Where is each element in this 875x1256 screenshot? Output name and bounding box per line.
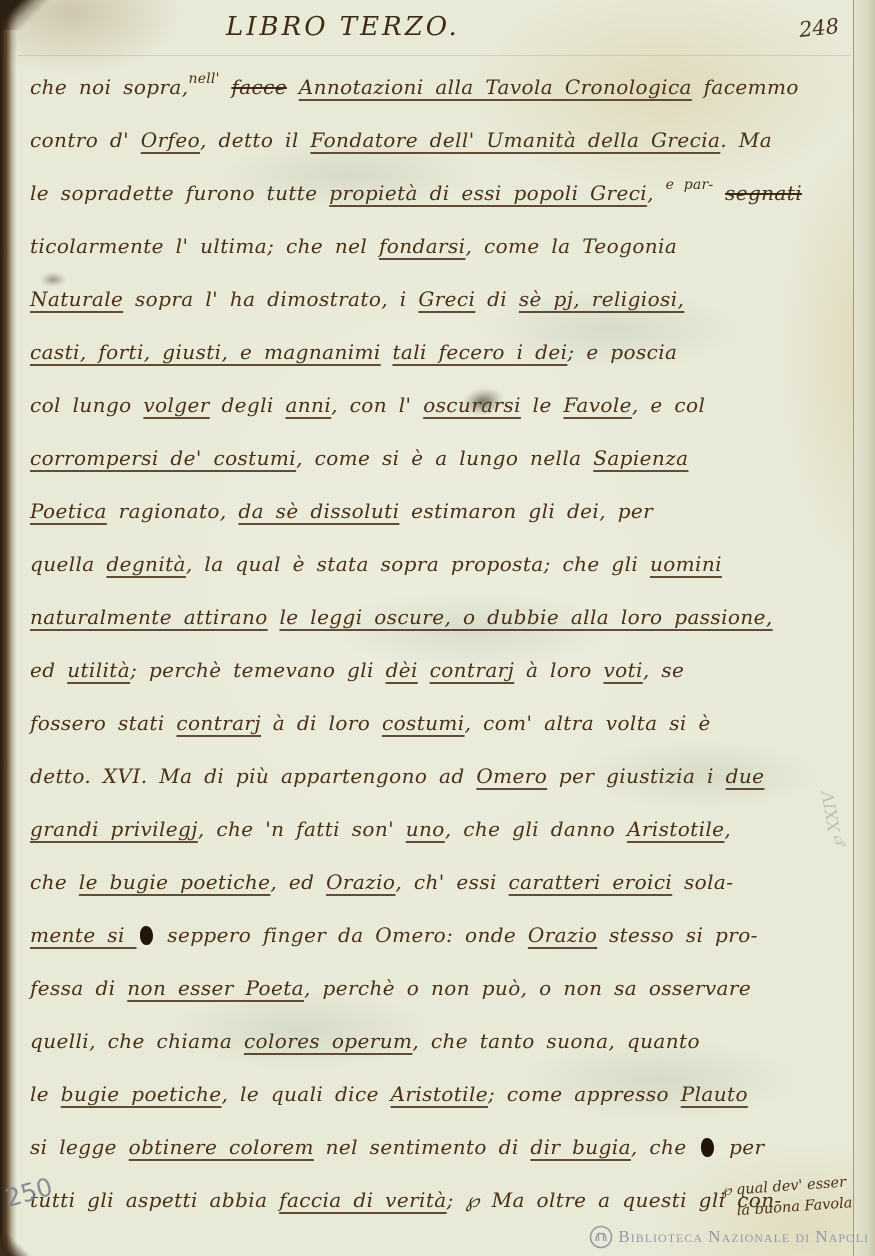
- manuscript-text-segment: le: [521, 393, 564, 417]
- manuscript-text-segment: seppero finger da Omero: onde: [156, 923, 528, 947]
- manuscript-text-segment: per giustizia i: [547, 764, 725, 788]
- binding-corner-top-left: [0, 0, 52, 30]
- manuscript-text-segment: le leggi oscure, o dubbie alla loro pass…: [279, 605, 772, 629]
- manuscript-text-segment: mente si: [30, 923, 137, 947]
- manuscript-text-segment: sè pj, religiosi,: [519, 287, 684, 311]
- manuscript-text-segment: Annotazioni alla Tavola Cronologica: [299, 75, 692, 99]
- manuscript-text-segment: , come si è a lungo nella: [296, 446, 593, 470]
- manuscript-line: Poetica ragionato, da sè dissoluti estim…: [30, 488, 821, 541]
- manuscript-text-segment: , le quali dice: [222, 1082, 391, 1106]
- manuscript-line: grandi privilegj, che 'n fatti son' uno,…: [30, 806, 821, 859]
- page-edge-right: [853, 0, 875, 1256]
- library-logo-icon: [589, 1225, 613, 1249]
- manuscript-line: le bugie poetiche, le quali dice Aristot…: [30, 1071, 821, 1124]
- manuscript-text-segment: dèi: [386, 658, 418, 682]
- manuscript-line: quella degnità, la qual è stata sopra pr…: [30, 541, 821, 594]
- manuscript-line: che noi sopra,nell' facce Annotazioni al…: [30, 64, 821, 117]
- manuscript-line: le sopradette furono tutte propietà di e…: [30, 170, 821, 223]
- manuscript-text-segment: [268, 605, 280, 629]
- manuscript-text-segment: Orazio: [528, 923, 597, 947]
- manuscript-text-segment: grandi privilegj: [30, 817, 198, 841]
- manuscript-text-segment: tutti gli aspetti abbia: [30, 1188, 279, 1212]
- manuscript-text-segment: propietà di essi popoli Greci: [329, 181, 647, 205]
- manuscript-text-segment: detto. XVI. Ma di più appartengono ad: [30, 764, 476, 788]
- manuscript-text-segment: faccia di verità: [279, 1188, 446, 1212]
- manuscript-text-segment: degli: [210, 393, 286, 417]
- manuscript-text-segment: , com' altra volta si è: [465, 711, 711, 735]
- paper-crease: [18, 55, 851, 56]
- manuscript-text-segment: uomini: [650, 552, 722, 576]
- manuscript-text-segment: ; come appresso: [488, 1082, 681, 1106]
- manuscript-text-segment: e par-: [666, 177, 714, 193]
- manuscript-text-segment: degnità: [106, 552, 185, 576]
- manuscript-text-segment: , con l': [331, 393, 423, 417]
- manuscript-text-segment: non esser Poeta: [127, 976, 304, 1000]
- manuscript-text-segment: [381, 340, 393, 364]
- manuscript-text-segment: , che gli danno: [445, 817, 627, 841]
- manuscript-page: LIBRO TERZO. 248 che noi sopra,nell' fac…: [0, 0, 875, 1256]
- binding-corner-bottom-left: [0, 1234, 30, 1256]
- manuscript-text-segment: naturalmente attirano: [30, 605, 268, 629]
- manuscript-text-segment: , che tanto suona, quanto: [412, 1029, 700, 1053]
- manuscript-line: ed utilità; perchè temevano gli dèi cont…: [30, 647, 821, 700]
- manuscript-text-segment: stesso si pro-: [597, 923, 758, 947]
- manuscript-text-segment: che: [30, 870, 79, 894]
- manuscript-text-segment: , detto il: [200, 128, 310, 152]
- manuscript-text-segment: da sè dissoluti: [238, 499, 399, 523]
- manuscript-line: tutti gli aspetti abbia faccia di verità…: [30, 1177, 821, 1230]
- manuscript-line: corrompersi de' costumi, come si è a lun…: [30, 435, 821, 488]
- manuscript-line: col lungo volger degli anni, con l' oscu…: [30, 382, 821, 435]
- margin-note: ℘ qual dev' esser la buona Favola: [721, 1171, 874, 1223]
- chapter-title: LIBRO TERZO.: [226, 12, 460, 42]
- manuscript-text-segment: Aristotile: [391, 1082, 488, 1106]
- manuscript-text-segment: [418, 658, 430, 682]
- manuscript-text-segment: fondarsi: [379, 234, 465, 258]
- manuscript-text-segment: à di loro: [261, 711, 382, 735]
- manuscript-text-segment: facce: [231, 75, 287, 99]
- manuscript-line: quelli, che chiama colores operum, che t…: [30, 1018, 821, 1071]
- manuscript-text-segment: ; e poscia: [567, 340, 677, 364]
- manuscript-line: ticolarmente l' ultima; che nel fondarsi…: [30, 223, 821, 276]
- manuscript-text-segment: , che: [631, 1135, 698, 1159]
- manuscript-text-segment: fessa di: [30, 976, 127, 1000]
- manuscript-text-segment: , se: [643, 658, 684, 682]
- manuscript-text-segment: dir bugia: [530, 1135, 631, 1159]
- manuscript-text-segment: . Ma: [720, 128, 772, 152]
- manuscript-text-segment: Orazio: [326, 870, 395, 894]
- margin-note-mark: ℘: [721, 1183, 732, 1200]
- manuscript-text-segment: ; perchè temevano gli: [130, 658, 386, 682]
- manuscript-text-segment: Favole: [563, 393, 631, 417]
- manuscript-text-segment: Poetica: [30, 499, 107, 523]
- manuscript-text-segment: , ch' essi: [395, 870, 508, 894]
- manuscript-text-segment: ,: [724, 817, 731, 841]
- manuscript-line: Naturale sopra l' ha dimostrato, i Greci…: [30, 276, 821, 329]
- manuscript-text-segment: , ed: [270, 870, 326, 894]
- manuscript-text-segment: Aristotile: [627, 817, 724, 841]
- manuscript-text-segment: utilità: [67, 658, 130, 682]
- manuscript-text-segment: , perchè o non può, o non sa osservare: [304, 976, 751, 1000]
- library-watermark: Biblioteca Nazionale di Napoli: [589, 1225, 869, 1249]
- manuscript-text-segment: contrarj: [176, 711, 261, 735]
- manuscript-line: mente si seppero finger da Omero: onde O…: [30, 912, 821, 965]
- manuscript-line: che le bugie poetiche, ed Orazio, ch' es…: [30, 859, 821, 912]
- manuscript-line: fessa di non esser Poeta, perchè o non p…: [30, 965, 821, 1018]
- manuscript-text-segment: corrompersi de' costumi: [30, 446, 296, 470]
- manuscript-text-segment: due: [726, 764, 765, 788]
- manuscript-text-segment: ,: [647, 181, 666, 205]
- manuscript-text-segment: Plauto: [681, 1082, 748, 1106]
- manuscript-text-segment: volger: [143, 393, 209, 417]
- manuscript-text-segment: , e col: [632, 393, 705, 417]
- page-number: 248: [798, 14, 840, 42]
- manuscript-text-segment: Omero: [476, 764, 547, 788]
- manuscript-text-segment: le sopradette furono tutte: [30, 181, 329, 205]
- manuscript-text-segment: le bugie poetiche: [79, 870, 271, 894]
- manuscript-text-segment: [220, 75, 232, 99]
- manuscript-text-segment: facemmo: [692, 75, 799, 99]
- manuscript-text-segment: quelli, che chiama: [30, 1029, 244, 1053]
- showthrough-mark: ℘ XXIV: [818, 790, 847, 849]
- manuscript-text-segment: colores operum: [244, 1029, 412, 1053]
- manuscript-text-segment: ed: [30, 658, 67, 682]
- manuscript-text-segment: obtinere colorem: [129, 1135, 314, 1159]
- manuscript-text-segment: tali fecero i dei: [392, 340, 567, 364]
- manuscript-text-segment: sola-: [672, 870, 733, 894]
- library-watermark-text: Biblioteca Nazionale di Napoli: [618, 1227, 869, 1247]
- manuscript-text-segment: Greci: [418, 287, 475, 311]
- manuscript-text-segment: sopra l' ha dimostrato, i: [123, 287, 418, 311]
- manuscript-line: fossero stati contrarj à di loro costumi…: [30, 700, 821, 753]
- ink-blot-icon: [701, 1138, 714, 1157]
- manuscript-text-segment: , che 'n fatti son': [198, 817, 406, 841]
- manuscript-text-segment: [287, 75, 299, 99]
- book-gutter-edge: [0, 0, 17, 1256]
- manuscript-text-segment: Orfeo: [141, 128, 200, 152]
- manuscript-text-segment: per: [717, 1135, 764, 1159]
- manuscript-text-segment: le: [30, 1082, 61, 1106]
- manuscript-line: detto. XVI. Ma di più appartengono ad Om…: [30, 753, 821, 806]
- manuscript-text-segment: nell': [189, 71, 220, 87]
- ink-blot-icon: [140, 926, 153, 945]
- manuscript-text-segment: estimaron gli dei, per: [399, 499, 653, 523]
- manuscript-text-segment: à loro: [514, 658, 603, 682]
- manuscript-text-segment: contrarj: [430, 658, 515, 682]
- manuscript-lines: che noi sopra,nell' facce Annotazioni al…: [30, 64, 821, 1230]
- manuscript-text-segment: segnati: [725, 181, 802, 205]
- manuscript-line: naturalmente attirano le leggi oscure, o…: [30, 594, 821, 647]
- manuscript-text-segment: contro d': [30, 128, 141, 152]
- manuscript-text-segment: ragionato,: [107, 499, 238, 523]
- manuscript-text-segment: costumi: [382, 711, 465, 735]
- manuscript-text-segment: si legge: [30, 1135, 129, 1159]
- manuscript-text-segment: ticolarmente l' ultima; che nel: [30, 234, 379, 258]
- manuscript-text-segment: Naturale: [30, 287, 123, 311]
- manuscript-text-segment: che noi sopra,: [30, 75, 189, 99]
- manuscript-text-segment: nel sentimento di: [314, 1135, 531, 1159]
- manuscript-line: contro d' Orfeo, detto il Fondatore dell…: [30, 117, 821, 170]
- manuscript-text-segment: uno: [406, 817, 445, 841]
- manuscript-text-segment: col lungo: [30, 393, 143, 417]
- manuscript-text-segment: [713, 181, 725, 205]
- manuscript-text-segment: Fondatore dell' Umanità della Grecia: [310, 128, 720, 152]
- manuscript-line: si legge obtinere colorem nel sentimento…: [30, 1124, 821, 1177]
- manuscript-text-segment: anni: [285, 393, 331, 417]
- manuscript-text-segment: , la qual è stata sopra proposta; che gl…: [186, 552, 650, 576]
- manuscript-text-segment: di: [475, 287, 519, 311]
- manuscript-text-segment: bugie poetiche: [61, 1082, 222, 1106]
- manuscript-text-segment: casti, forti, giusti, e magnanimi: [30, 340, 381, 364]
- manuscript-line: casti, forti, giusti, e magnanimi tali f…: [30, 329, 821, 382]
- manuscript-text-segment: caratteri eroici: [509, 870, 673, 894]
- manuscript-text-segment: , come la Teogonia: [465, 234, 677, 258]
- manuscript-text-segment: quella: [30, 552, 106, 576]
- manuscript-text-segment: voti: [603, 658, 642, 682]
- manuscript-text-segment: oscurarsi: [423, 393, 521, 417]
- manuscript-text-segment: Sapienza: [593, 446, 688, 470]
- manuscript-text-segment: fossero stati: [30, 711, 176, 735]
